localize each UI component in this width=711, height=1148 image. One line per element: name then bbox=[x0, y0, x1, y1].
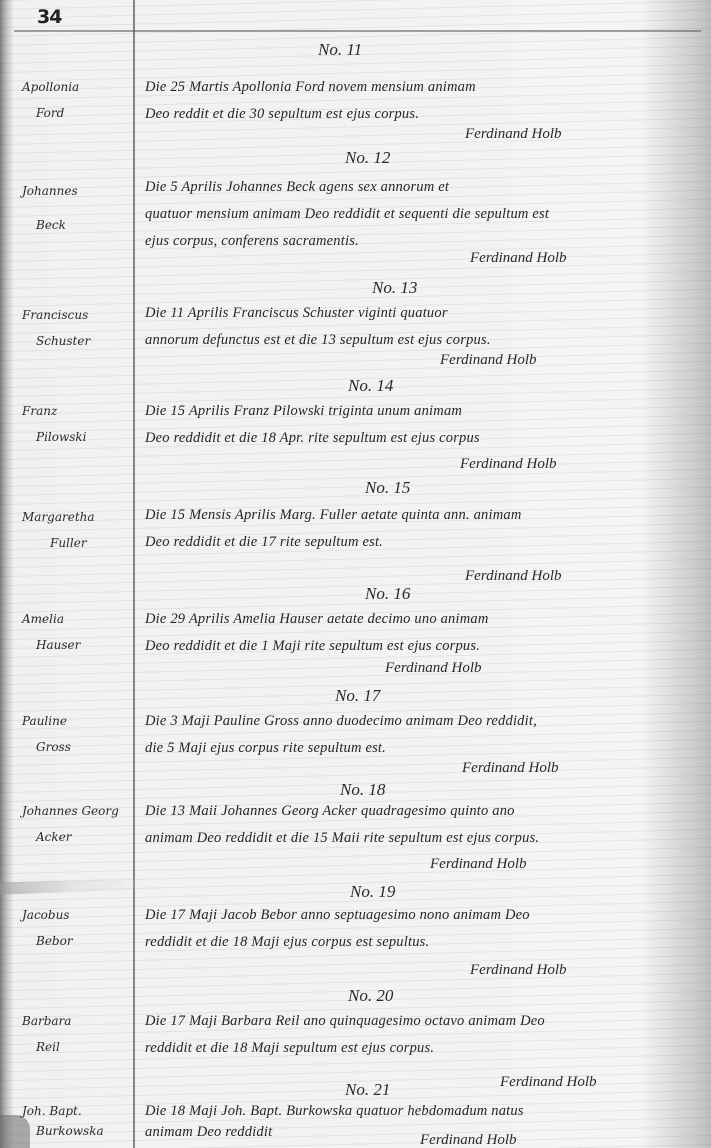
record-text: Die 11 Aprilis Franciscus Schuster vigin… bbox=[145, 300, 665, 354]
entry-number: No. 16 bbox=[365, 584, 410, 604]
name-line: Bebor bbox=[22, 928, 130, 954]
text-line: Deo reddidit et die 18 Apr. rite sepultu… bbox=[145, 425, 665, 452]
scan-artifact bbox=[0, 877, 150, 894]
registrar-signature: Ferdinand Holb bbox=[430, 856, 527, 873]
text-line: Deo reddit et die 30 sepultum est ejus c… bbox=[145, 101, 665, 128]
name-line: Beck bbox=[22, 212, 130, 238]
name-line: Acker bbox=[22, 824, 130, 850]
entry-number: No. 15 bbox=[365, 478, 410, 498]
name-line: Franz bbox=[22, 398, 130, 424]
register-page: 34 No. 11 Apollonia Ford Die 25 Martis A… bbox=[0, 0, 711, 1148]
text-line: Die 17 Maji Jacob Bebor anno septuagesim… bbox=[145, 902, 665, 929]
text-line: Die 5 Aprilis Johannes Beck agens sex an… bbox=[145, 174, 665, 201]
entry-number: No. 14 bbox=[348, 376, 393, 396]
margin-name: Joh. Bapt. Burkowska bbox=[22, 1098, 130, 1144]
margin-name: Johannes Georg Acker bbox=[22, 798, 130, 850]
text-line: die 5 Maji ejus corpus rite sepultum est… bbox=[145, 735, 665, 762]
name-line: Pauline bbox=[22, 708, 130, 734]
text-line: quatuor mensium animam Deo reddidit et s… bbox=[145, 201, 665, 228]
record-text: Die 15 Aprilis Franz Pilowski triginta u… bbox=[145, 398, 665, 452]
margin-name: Amelia Hauser bbox=[22, 606, 130, 658]
registrar-signature: Ferdinand Holb bbox=[465, 568, 562, 585]
margin-name: Apollonia Ford bbox=[22, 74, 130, 126]
registrar-signature: Ferdinand Holb bbox=[465, 126, 562, 143]
margin-name: Margaretha Fuller bbox=[22, 504, 130, 556]
header-rule bbox=[14, 30, 701, 32]
text-line: Die 13 Maii Johannes Georg Acker quadrag… bbox=[145, 798, 665, 825]
entry-number: No. 11 bbox=[318, 40, 362, 60]
name-line: Barbara bbox=[22, 1008, 130, 1034]
margin-name: Franciscus Schuster bbox=[22, 302, 130, 354]
record-text: Die 3 Maji Pauline Gross anno duodecimo … bbox=[145, 708, 665, 762]
record-text: Die 17 Maji Barbara Reil ano quinquagesi… bbox=[145, 1008, 665, 1062]
entry-number: No. 21 bbox=[345, 1080, 390, 1100]
margin-name: Franz Pilowski bbox=[22, 398, 130, 450]
name-line: Reil bbox=[22, 1034, 130, 1060]
entry-number: No. 19 bbox=[350, 882, 395, 902]
registrar-signature: Ferdinand Holb bbox=[462, 760, 559, 777]
name-line: Hauser bbox=[22, 632, 130, 658]
text-line: Die 29 Aprilis Amelia Hauser aetate deci… bbox=[145, 606, 665, 633]
text-line: Die 25 Martis Apollonia Ford novem mensi… bbox=[145, 74, 665, 101]
entry-number: No. 20 bbox=[348, 986, 393, 1006]
entry-number: No. 17 bbox=[335, 686, 380, 706]
entry-number: No. 13 bbox=[372, 278, 417, 298]
record-text: Die 29 Aprilis Amelia Hauser aetate deci… bbox=[145, 606, 665, 660]
text-line: animam Deo reddidit et die 15 Maii rite … bbox=[145, 825, 665, 852]
margin-name: Barbara Reil bbox=[22, 1008, 130, 1060]
record-text: Die 13 Maii Johannes Georg Acker quadrag… bbox=[145, 798, 665, 852]
name-line: Franciscus bbox=[22, 302, 130, 328]
name-line: Johannes Georg bbox=[22, 798, 130, 824]
name-line: Amelia bbox=[22, 606, 130, 632]
record-text: Die 18 Maji Joh. Bapt. Burkowska quatuor… bbox=[145, 1098, 665, 1146]
page-number: 34 bbox=[37, 6, 61, 28]
text-line: Die 17 Maji Barbara Reil ano quinquagesi… bbox=[145, 1008, 665, 1035]
name-line: Gross bbox=[22, 734, 130, 760]
margin-name: Johannes Beck bbox=[22, 178, 130, 238]
margin-name: Pauline Gross bbox=[22, 708, 130, 760]
registrar-signature: Ferdinand Holb bbox=[385, 660, 482, 677]
entry-number: No. 12 bbox=[345, 148, 390, 168]
record-text: Die 5 Aprilis Johannes Beck agens sex an… bbox=[145, 174, 665, 255]
name-line: Schuster bbox=[22, 328, 130, 354]
registrar-signature: Ferdinand Holb bbox=[460, 456, 557, 473]
text-line: annorum defunctus est et die 13 sepultum… bbox=[145, 327, 665, 354]
text-line: Die 15 Aprilis Franz Pilowski triginta u… bbox=[145, 398, 665, 425]
name-line: Jacobus bbox=[22, 902, 130, 928]
name-line: Pilowski bbox=[22, 424, 130, 450]
name-line: Burkowska bbox=[22, 1118, 130, 1144]
record-text: Die 25 Martis Apollonia Ford novem mensi… bbox=[145, 74, 665, 128]
entry-number: No. 18 bbox=[340, 780, 385, 800]
registrar-signature: Ferdinand Holb bbox=[470, 962, 567, 979]
text-line: Deo reddidit et die 1 Maji rite sepultum… bbox=[145, 633, 665, 660]
registrar-signature: Ferdinand Holb bbox=[420, 1132, 517, 1148]
registrar-signature: Ferdinand Holb bbox=[500, 1074, 597, 1091]
text-line: ejus corpus, conferens sacramentis. bbox=[145, 228, 665, 255]
registrar-signature: Ferdinand Holb bbox=[470, 250, 567, 267]
name-line: Ford bbox=[22, 100, 130, 126]
text-line: Deo reddidit et die 17 rite sepultum est… bbox=[145, 529, 665, 556]
name-line: Johannes bbox=[22, 178, 130, 204]
text-line: Die 15 Mensis Aprilis Marg. Fuller aetat… bbox=[145, 502, 665, 529]
name-line: Apollonia bbox=[22, 74, 130, 100]
name-line: Fuller bbox=[22, 530, 130, 556]
record-text: Die 15 Mensis Aprilis Marg. Fuller aetat… bbox=[145, 502, 665, 556]
margin-column-rule bbox=[133, 0, 135, 1148]
margin-name: Jacobus Bebor bbox=[22, 902, 130, 954]
text-line: Die 3 Maji Pauline Gross anno duodecimo … bbox=[145, 708, 665, 735]
record-text: Die 17 Maji Jacob Bebor anno septuagesim… bbox=[145, 902, 665, 956]
registrar-signature: Ferdinand Holb bbox=[440, 352, 537, 369]
text-line: Die 11 Aprilis Franciscus Schuster vigin… bbox=[145, 300, 665, 327]
name-line: Margaretha bbox=[22, 504, 130, 530]
text-line: reddidit et die 18 Maji sepultum est eju… bbox=[145, 1035, 665, 1062]
text-line: reddidit et die 18 Maji ejus corpus est … bbox=[145, 929, 665, 956]
